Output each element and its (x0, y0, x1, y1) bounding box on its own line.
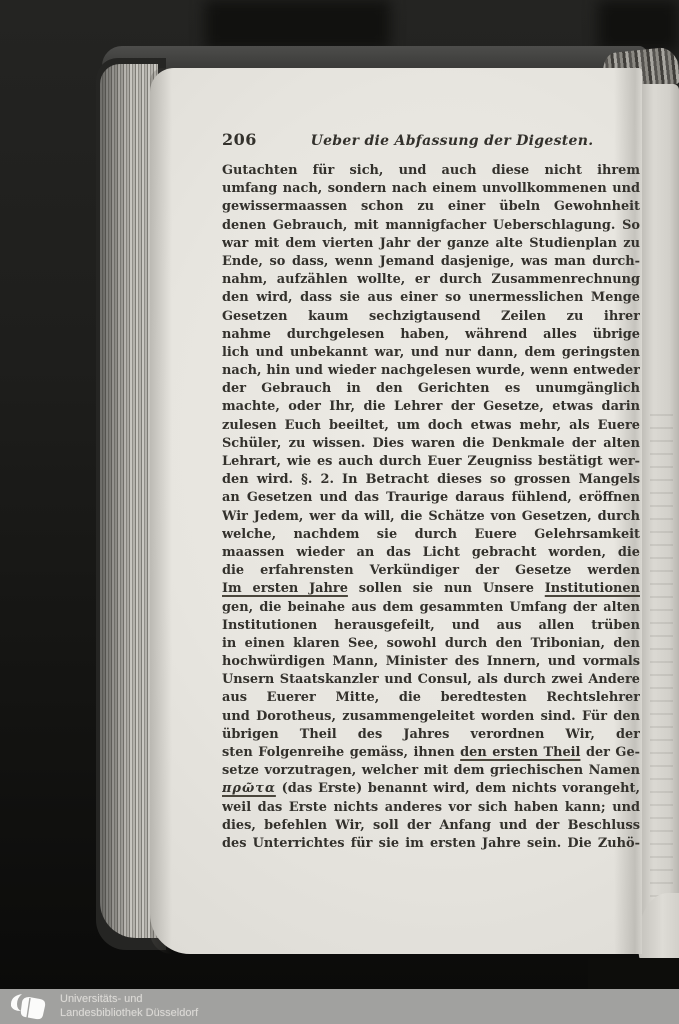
text-line: lich und unbekannt war, und nur dann, de… (222, 344, 640, 362)
text-line: sten Folgenreihe gemäss, ihnen den erste… (222, 744, 640, 762)
text-line: Unsern Staatskanzler und Consul, als dur… (222, 671, 640, 689)
page-text-block: 206 Ueber die Abfassung der Digesten. Gu… (222, 130, 640, 853)
scanned-book-page: 206 Ueber die Abfassung der Digesten. Gu… (0, 0, 679, 1024)
text-line: den wird, dass sie aus einer so unermess… (222, 289, 640, 307)
text-line: die erfahrensten Verkündiger der Gesetze… (222, 562, 640, 580)
text-line: nahm, aufzählen wollte, er durch Zusamme… (222, 271, 640, 289)
text-line: Gutachten für sich, und auch diese nicht… (222, 162, 640, 180)
text-line: aus Euerer Mitte, die beredtesten Rechts… (222, 689, 640, 707)
background-shadow (588, 958, 679, 989)
text-line: und Dorotheus, zusammengeleitet worden s… (222, 708, 640, 726)
running-title: Ueber die Abfassung der Digesten. (294, 133, 640, 149)
text-line: πρῶτα (das Erste) benannt wird, dem nich… (222, 780, 640, 798)
library-name-line1: Universitäts- und (60, 993, 198, 1007)
text-line: nahme durchgelesen haben, während alles … (222, 326, 640, 344)
text-line: war mit dem vierten Jahr der ganze alte … (222, 235, 640, 253)
body-lines: Gutachten für sich, und auch diese nicht… (222, 162, 640, 853)
text-line: den wird. §. 2. In Betracht dieses so gr… (222, 471, 640, 489)
text-line: setze vorzutragen, welcher mit dem griec… (222, 762, 640, 780)
text-line: denen Gebrauch, mit mannigfacher Uebersc… (222, 217, 640, 235)
text-line: Wir Jedem, wer da will, die Schätze von … (222, 508, 640, 526)
text-line: an Gesetzen und das Traurige daraus fühl… (222, 489, 640, 507)
library-name-line2: Landesbibliothek Düsseldorf (60, 1007, 198, 1021)
text-line: Ende, so dass, wenn Jemand dasjenige, wa… (222, 253, 640, 271)
text-line: in einen klaren See, sowohl durch den Tr… (222, 635, 640, 653)
text-line: Gesetzen kaum sechzigtausend Zeilen zu i… (222, 308, 640, 326)
text-line: Im ersten Jahre sollen sie nun Unsere In… (222, 580, 640, 598)
text-line: welche, nachdem sie durch Euere Gelehrsa… (222, 526, 640, 544)
facing-page-faint-text (650, 414, 673, 914)
page-header: 206 Ueber die Abfassung der Digesten. (222, 130, 640, 149)
text-line: Lehrart, wie es auch durch Euer Zeugniss… (222, 453, 640, 471)
text-line: gewissermaassen schon zu einer übeln Gew… (222, 198, 640, 216)
library-book-logo-icon (8, 992, 50, 1022)
text-line: der Gebrauch in den Gerichten es unumgän… (222, 380, 640, 398)
text-line: weil das Erste nichts anderes vor sich h… (222, 799, 640, 817)
text-line: dies, befehlen Wir, soll der Anfang und … (222, 817, 640, 835)
background-shadow (598, 0, 679, 52)
text-line: hochwürdigen Mann, Minister des Innern, … (222, 653, 640, 671)
text-line: des Unterrichtes für sie im ersten Jahre… (222, 835, 640, 853)
text-line: nach, hin und wieder nachgelesen wurde, … (222, 362, 640, 380)
library-name: Universitäts- und Landesbibliothek Düsse… (60, 993, 198, 1020)
page-number: 206 (222, 130, 294, 149)
text-line: machte, oder Ihr, die Lehrer der Gesetze… (222, 398, 640, 416)
text-line: Institutionen herausgefeilt, und aus all… (222, 617, 640, 635)
book-page: 206 Ueber die Abfassung der Digesten. Gu… (150, 68, 642, 954)
text-line: Schüler, zu wissen. Dies waren die Denkm… (222, 435, 640, 453)
text-line: maassen wieder an das Licht gebracht wor… (222, 544, 640, 562)
text-line: zulesen Euch beeiltet, um doch etwas meh… (222, 417, 640, 435)
text-line: übrigen Theil des Jahres verordnen Wir, … (222, 726, 640, 744)
text-line: gen, die beinahe aus dem gesammten Umfan… (222, 599, 640, 617)
facing-page-edge (640, 84, 679, 984)
background-shadow (205, 0, 390, 50)
text-line: umfang nach, sondern nach einem unvollko… (222, 180, 640, 198)
library-watermark-bar: Universitäts- und Landesbibliothek Düsse… (0, 989, 679, 1024)
